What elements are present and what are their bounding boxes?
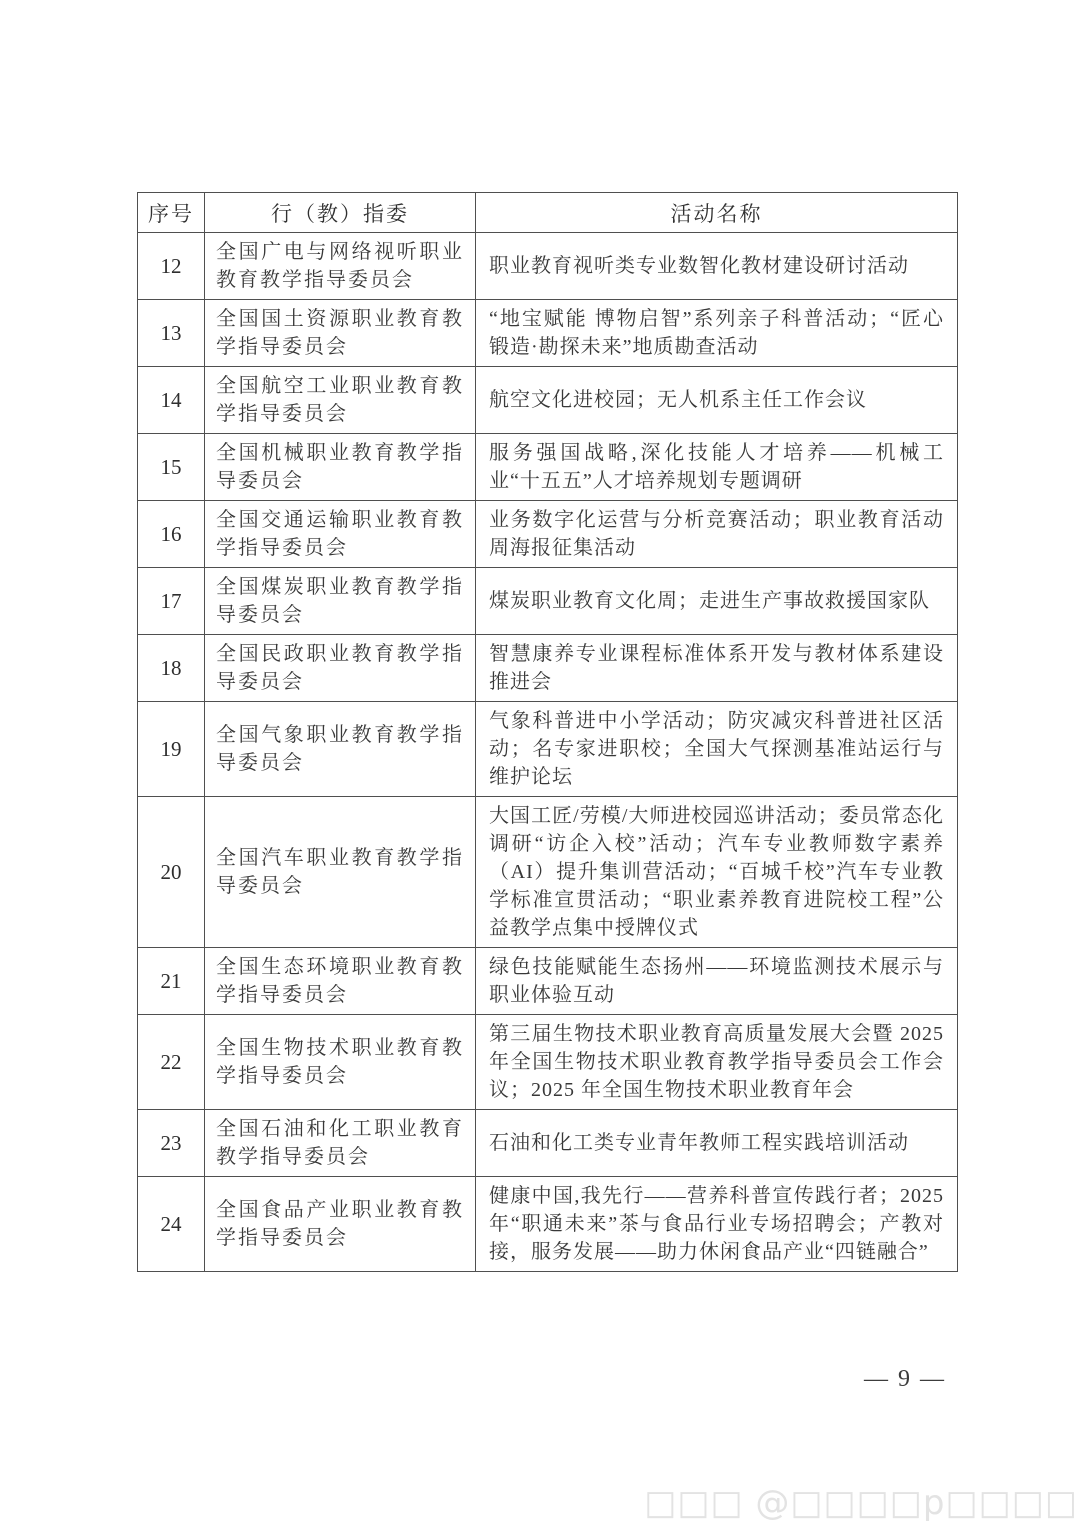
row-serial-number: 15 [138, 434, 205, 501]
table-row: 13 全国国土资源职业教育教学指导委员会 “地宝赋能 博物启智”系列亲子科普活动… [138, 300, 958, 367]
row-activity-name: 气象科普进中小学活动；防灾减灾科普进社区活动；名专家进职校；全国大气探测基准站运… [476, 702, 958, 797]
row-committee-name: 全国国土资源职业教育教学指导委员会 [205, 300, 476, 367]
row-serial-number: 12 [138, 233, 205, 300]
row-serial-number: 22 [138, 1015, 205, 1110]
table-row: 12 全国广电与网络视听职业教育教学指导委员会 职业教育视听类专业数智化教材建设… [138, 233, 958, 300]
row-activity-name: 绿色技能赋能生态扬州——环境监测技术展示与职业体验互动 [476, 948, 958, 1015]
column-header-committee: 行（教）指委 [205, 193, 476, 233]
table-row: 15 全国机械职业教育教学指导委员会 服务强国战略,深化技能人才培养——机械工业… [138, 434, 958, 501]
row-committee-name: 全国广电与网络视听职业教育教学指导委员会 [205, 233, 476, 300]
column-header-serial: 序号 [138, 193, 205, 233]
watermark-text: □□□ @□□□□p□□□□ [644, 1484, 1078, 1522]
row-committee-name: 全国生物技术职业教育教学指导委员会 [205, 1015, 476, 1110]
row-serial-number: 17 [138, 568, 205, 635]
row-serial-number: 13 [138, 300, 205, 367]
row-activity-name: 石油和化工类专业青年教师工程实践培训活动 [476, 1110, 958, 1177]
table-row: 24 全国食品产业职业教育教学指导委员会 健康中国,我先行——营养科普宣传践行者… [138, 1177, 958, 1272]
row-serial-number: 20 [138, 797, 205, 948]
row-serial-number: 18 [138, 635, 205, 702]
row-serial-number: 24 [138, 1177, 205, 1272]
row-activity-name: 煤炭职业教育文化周；走进生产事故救援国家队 [476, 568, 958, 635]
table-row: 20 全国汽车职业教育教学指导委员会 大国工匠/劳模/大师进校园巡讲活动；委员常… [138, 797, 958, 948]
document-page: 序号 行（教）指委 活动名称 12 全国广电与网络视听职业教育教学指导委员会 职… [0, 0, 1080, 1527]
row-activity-name: “地宝赋能 博物启智”系列亲子科普活动；“匠心锻造·勘探未来”地质勘查活动 [476, 300, 958, 367]
row-activity-name: 职业教育视听类专业数智化教材建设研讨活动 [476, 233, 958, 300]
row-serial-number: 23 [138, 1110, 205, 1177]
row-activity-name: 智慧康养专业课程标准体系开发与教材体系建设推进会 [476, 635, 958, 702]
row-committee-name: 全国交通运输职业教育教学指导委员会 [205, 501, 476, 568]
table-row: 14 全国航空工业职业教育教学指导委员会 航空文化进校园；无人机系主任工作会议 [138, 367, 958, 434]
row-committee-name: 全国机械职业教育教学指导委员会 [205, 434, 476, 501]
row-activity-name: 第三届生物技术职业教育高质量发展大会暨 2025 年全国生物技术职业教育教学指导… [476, 1015, 958, 1110]
row-serial-number: 21 [138, 948, 205, 1015]
table-row: 22 全国生物技术职业教育教学指导委员会 第三届生物技术职业教育高质量发展大会暨… [138, 1015, 958, 1110]
row-committee-name: 全国石油和化工职业教育教学指导委员会 [205, 1110, 476, 1177]
row-committee-name: 全国航空工业职业教育教学指导委员会 [205, 367, 476, 434]
row-committee-name: 全国汽车职业教育教学指导委员会 [205, 797, 476, 948]
table-row: 16 全国交通运输职业教育教学指导委员会 业务数字化运营与分析竞赛活动；职业教育… [138, 501, 958, 568]
table-row: 23 全国石油和化工职业教育教学指导委员会 石油和化工类专业青年教师工程实践培训… [138, 1110, 958, 1177]
row-activity-name: 业务数字化运营与分析竞赛活动；职业教育活动周海报征集活动 [476, 501, 958, 568]
row-activity-name: 服务强国战略,深化技能人才培养——机械工业“十五五”人才培养规划专题调研 [476, 434, 958, 501]
column-header-activity: 活动名称 [476, 193, 958, 233]
row-committee-name: 全国生态环境职业教育教学指导委员会 [205, 948, 476, 1015]
row-serial-number: 14 [138, 367, 205, 434]
activities-table: 序号 行（教）指委 活动名称 12 全国广电与网络视听职业教育教学指导委员会 职… [137, 192, 958, 1272]
row-committee-name: 全国煤炭职业教育教学指导委员会 [205, 568, 476, 635]
table-row: 17 全国煤炭职业教育教学指导委员会 煤炭职业教育文化周；走进生产事故救援国家队 [138, 568, 958, 635]
row-committee-name: 全国食品产业职业教育教学指导委员会 [205, 1177, 476, 1272]
row-activity-name: 大国工匠/劳模/大师进校园巡讲活动；委员常态化调研“访企入校”活动；汽车专业教师… [476, 797, 958, 948]
row-activity-name: 航空文化进校园；无人机系主任工作会议 [476, 367, 958, 434]
table-header-row: 序号 行（教）指委 活动名称 [138, 193, 958, 233]
row-committee-name: 全国民政职业教育教学指导委员会 [205, 635, 476, 702]
row-activity-name: 健康中国,我先行——营养科普宣传践行者；2025 年“职通未来”茶与食品行业专场… [476, 1177, 958, 1272]
table-row: 21 全国生态环境职业教育教学指导委员会 绿色技能赋能生态扬州——环境监测技术展… [138, 948, 958, 1015]
row-serial-number: 16 [138, 501, 205, 568]
row-committee-name: 全国气象职业教育教学指导委员会 [205, 702, 476, 797]
table-row: 19 全国气象职业教育教学指导委员会 气象科普进中小学活动；防灾减灾科普进社区活… [138, 702, 958, 797]
row-serial-number: 19 [138, 702, 205, 797]
page-number: — 9 — [830, 1366, 980, 1393]
table-body: 12 全国广电与网络视听职业教育教学指导委员会 职业教育视听类专业数智化教材建设… [138, 233, 958, 1272]
table-row: 18 全国民政职业教育教学指导委员会 智慧康养专业课程标准体系开发与教材体系建设… [138, 635, 958, 702]
